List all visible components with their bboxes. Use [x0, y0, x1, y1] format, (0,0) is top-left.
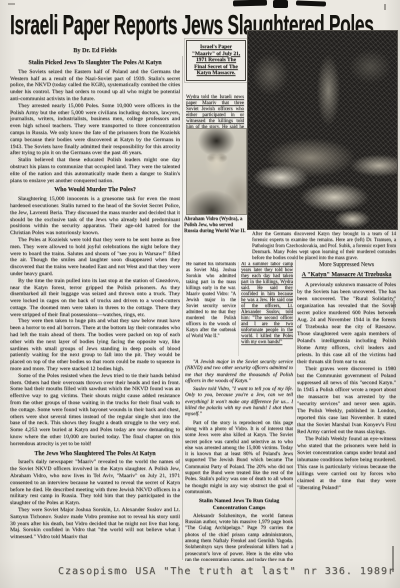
subhead-katyn-massacre-trzebuska: A "Katyn" Massacre At Trzebuska: [297, 272, 396, 279]
newspaper-scan-page: Israeli Paper Reports Jews Slaughtered P…: [0, 0, 400, 588]
vidro-photo-caption: Abraham Vidro (Wydra), a Polish Jew, who…: [184, 217, 246, 235]
paragraph-arrested-poles: They arrested nearly 15,000 Poles. Some …: [10, 103, 180, 157]
paragraph-sorokin-suslov: They were Soviet Major Joshua Sorokin, L…: [10, 507, 180, 541]
scan-artifact: [8, 3, 15, 5]
column-rule: [238, 262, 239, 356]
subhead-gulag-camps: Stalin Named Jews To Run Gulag Concentra…: [185, 498, 293, 511]
subhead-stalin-picked-jews: Stalin Picked Jews To Slaughter The Pole…: [10, 60, 180, 67]
paragraph-eye-witness: The Polish Weekly found an eye-witness w…: [297, 436, 396, 492]
scan-artifact: [233, 0, 267, 6]
vidro-portrait-photo: [186, 128, 247, 215]
paragraph-maariv-revealed: Israel's daily newspaper "Maariv" reveal…: [10, 459, 180, 507]
left-column: Stalin Picked Jews To Slaughter The Pole…: [10, 57, 180, 557]
scan-artifact: [296, 0, 326, 6]
paragraph-story-reproduced: Part of the story is reproduced on this …: [185, 420, 293, 496]
quote-jewish-major: "A Jewish major in the Soviet security s…: [185, 359, 293, 384]
middle-subcolumn-right: At a summer labor camp years later they …: [241, 262, 293, 356]
column-rule: [295, 260, 296, 550]
paragraph-train-gnezdovo: By the time the train pulled into its la…: [10, 278, 180, 319]
paragraph-suslov-quote: Suslov told Vidro, "I want to tell you o…: [185, 386, 293, 417]
paragraph-previously-unknown: A previously unknown massacre of Poles b…: [297, 282, 396, 366]
paragraph-slaughtering-innocents: Slaughtering 15,000 innocents is a grues…: [10, 196, 180, 237]
paragraph-solzhenitsyn-gulag: Aleksandr Solzhenitsyn, the world famous…: [185, 513, 293, 561]
katyn-photo-caption: After the Germans discovered Katyn they …: [252, 232, 396, 262]
paragraph-poles-at-kozielsk: The Poles at Kozielsk were told that the…: [10, 237, 180, 278]
subhead-who-would-murder: Who Would Murder The Poles?: [10, 187, 180, 194]
byline: By Dr. Ed Fields: [10, 47, 180, 54]
right-column: More Suppressed News A "Katyn" Massacre …: [297, 262, 396, 546]
subhead-jews-who-slaughtered: The Jews Who Slaughtered The Poles At Ka…: [10, 451, 180, 458]
paragraph-stalin-believed: Stalin believed that these educated Poli…: [10, 157, 180, 184]
middle-subcolumn-left: He named his informants as Soviet Maj. J…: [186, 262, 236, 356]
column-rule: [182, 56, 183, 560]
paragraph-huge-pits: They were then taken to huge pits and wh…: [10, 318, 180, 372]
scan-artifact: [273, 0, 288, 8]
paragraph-graves-discovered: Their graves were discovered in 1980 but…: [297, 366, 396, 436]
footer-typewriter-note: Czasopismo USA "The truth at last" nr 33…: [58, 566, 395, 577]
maariv-inset-box: Israel's Paper "Maariv" of July 21, 1971…: [186, 40, 246, 81]
middle-column-lower: "A Jewish major in the Soviet security s…: [185, 359, 293, 561]
paragraph-poles-resisted: Some of the Poles resisted when the Jews…: [10, 373, 180, 448]
paragraph-soviets-seized: The Soviets seized the Eastern half of P…: [10, 69, 180, 103]
scan-artifact: [384, 4, 386, 10]
katyn-exhumation-photo: [247, 30, 398, 230]
kicker-more-suppressed-news: More Suppressed News: [297, 262, 396, 269]
